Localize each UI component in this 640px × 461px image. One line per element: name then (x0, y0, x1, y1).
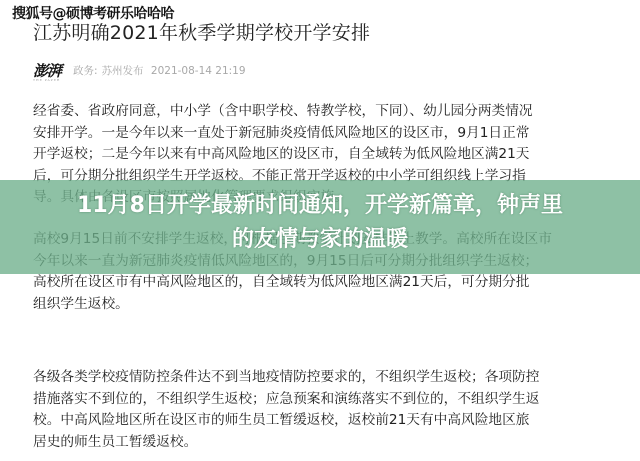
paragraph-line: 各级各类学校疫情防控条件达不到当地疫情防控要求的，不组织学生返校；各项防控 (33, 367, 608, 389)
paragraph-line: 高校所在设区市有中高风险地区的，自全域转为低风险地区满21天后，可分期分批 (33, 272, 608, 294)
paragraph-line: 校。中高风险地区所在设区市的师生员工暂缓返校，返校前21天有中高风险地区旅 (33, 410, 608, 432)
meta-category: 政务: (73, 65, 98, 77)
banner-headline[interactable]: 11月8日开学最新时间通知，开学新篇章，钟声里 的友情与家的温暖 (0, 189, 640, 257)
banner-headline-line-1: 11月8日开学最新时间通知，开学新篇章，钟声里 (0, 189, 640, 223)
paragraph-line: 经省委、省政府同意，中小学（含中职学校、特教学校，下同）、幼儿园分两类情况 (33, 101, 608, 123)
paragraph-line: 开学返校；二是今年以来有中高风险地区的设区市，自全域转为低风险地区满21天 (33, 144, 608, 166)
paragraph-line: 安排开学。一是今年以来一直处于新冠肺炎疫情低风险地区的设区市，9月1日正常 (33, 123, 608, 145)
banner-headline-line-2: 的友情与家的温暖 (0, 223, 640, 257)
source-logo[interactable]: 澎湃 THE PAPER (33, 60, 61, 81)
paragraph-line: 组织学生返校。 (33, 294, 608, 316)
paragraph-line: 居史的师生员工暂缓返校。 (33, 432, 608, 454)
watermark: 搜狐号@硕博考研乐哈哈哈 (12, 3, 174, 23)
meta-text: 政务:苏州发布 2021-08-14 21:19 (73, 63, 250, 78)
paragraph-line: 措施落实不到位的，不组织学生返校；应急预案和演练落实不到位的，不组织学生返 (33, 389, 608, 411)
meta-publisher[interactable]: 苏州发布 (102, 65, 144, 77)
article-meta: 澎湃 THE PAPER 政务:苏州发布 2021-08-14 21:19 (33, 60, 250, 80)
source-logo-subtext: THE PAPER (33, 78, 60, 82)
article-paragraph-3: 各级各类学校疫情防控条件达不到当地疫情防控要求的，不组织学生返校；各项防控 措施… (33, 367, 608, 453)
meta-datetime: 2021-08-14 21:19 (151, 65, 246, 77)
